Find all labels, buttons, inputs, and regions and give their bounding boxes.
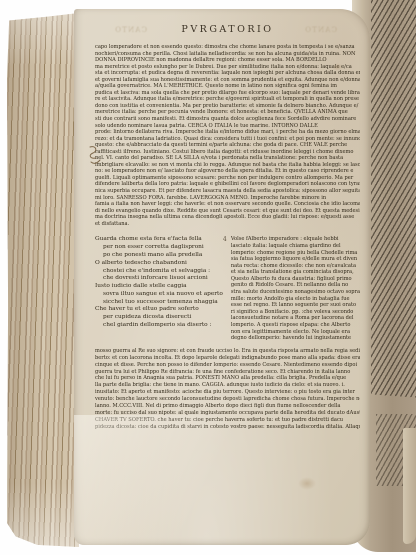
verse-line: O alberto tedescho chabandoni [95, 260, 224, 268]
text-line: questo: che e/abbracciato da questi term… [95, 142, 360, 149]
verse-and-commentary-columns: Guarda chome esta fera e'facta fellaper … [95, 236, 360, 342]
verse-column: Guarda chome esta fera e'facta fellaper … [95, 236, 224, 342]
bleedthrough-right: CANTO [304, 26, 337, 34]
text-line: sta et incorrupta: et pudica degna di re… [95, 70, 360, 77]
verse-line: Iusto iudicio dalle stelle caggia [95, 283, 224, 291]
verse-line: che dovresti inforcare lisuoi arcioni [95, 275, 224, 283]
text-line: mosso guerra al Re suo signore: et con f… [95, 348, 360, 355]
verse-line: po che ponesti mano alla predella [95, 252, 224, 260]
paragraph-number: 4 [223, 236, 227, 243]
text-line: che lui fu perso in Anagnia sua patria. … [95, 375, 360, 382]
page-edge-stack [7, 13, 79, 547]
text-line: berto: et con lacorona incolta. Et dopo … [95, 355, 360, 362]
text-line: nata recta: chome dicessilo: che non e/c… [231, 263, 360, 270]
text-line: inusitato: Et aperto et manifesto: acioc… [95, 389, 360, 396]
text-line: CHAVER TV SOFERTO. che haver tu: cioe pe… [95, 417, 360, 424]
text-line: genito di Ridolfo Cesare. Et nellanno de… [231, 282, 360, 289]
text-line: lla parte della briglia: che tiene in ma… [95, 382, 360, 389]
verse-line: sicchel tuo successor temenza nhaggia [95, 299, 224, 307]
text-line: lasciato italia: laquale chiama giardino… [231, 243, 360, 250]
verse-line: sovra iltuo sangue et sia nuovo et apert… [95, 291, 224, 299]
text-line: non era legittimamente electo. Ne loqual… [231, 329, 360, 336]
facing-page-text-block [371, 0, 416, 398]
page-content: PVRGATORIO capo lomperadore et non essen… [74, 9, 370, 431]
book-page: CANTO CANTO PVRGATORIO capo lomperadore … [74, 9, 370, 545]
text-line: stra salute ducentesimo nonagesimo octav… [231, 289, 360, 296]
text-line: lanno. M.CCC.VIII. Nel di primo dimaggio… [95, 403, 360, 410]
text-line: et sia nella translatione gia cominciata… [231, 269, 360, 276]
text-line: lomperio. A questi rispose elpapa: che A… [231, 322, 360, 329]
commentary-right-block: Volse fAlberto imperadore : elquale hebb… [231, 236, 360, 342]
verse-line: chostei che e'indomita et selvaggia : [95, 268, 224, 276]
text-line: guerra tra lui et Philippo Re difrancia:… [95, 369, 360, 376]
verse-line: Guarda chome esta fera e'facta fella [95, 236, 224, 244]
text-line: nica superbia occupare. Et per difendere… [95, 188, 360, 195]
text-line: esse nel regno. Et lanno seguente per su… [231, 302, 360, 309]
bleedthrough-left: CANTO [114, 26, 147, 34]
verse-line: Che haver tu et eltuo padre soferto [95, 306, 224, 314]
verse-line: per non esser corretta daglisproni [95, 244, 224, 252]
text-line: prode: lintorno dellaterra riva. Imperoc… [95, 129, 360, 136]
text-line: degno dellomperio: havendo lui ingiustam… [231, 335, 360, 342]
text-line: re et lascivita. Adunque italia e/meretr… [95, 96, 360, 103]
text-line: DONNA DIPROVINCIE non madonna dellaltre … [95, 57, 360, 64]
text-line: mille: morto Andolfo gia electo in batag… [231, 296, 360, 303]
page-fold-shadow [74, 415, 299, 545]
commentary-bottom-block: mosso guerra al Re suo signore: et con f… [95, 348, 360, 431]
text-line: Volse fAlberto imperadore : elquale hebb… [231, 236, 360, 243]
text-line: ma doctrina insegna nella ultima cena di… [95, 214, 360, 221]
text-line: Questo Alberto fu duca daustria: figliuo… [231, 276, 360, 283]
text-line: capo lomperadore et non essendo questo: … [95, 44, 360, 51]
text-line: no: se lomperadore non e/ lasciato fuor … [95, 168, 360, 175]
text-line: sti due contrarii sono manifesti. Et dim… [95, 116, 360, 123]
text-line: pidezza dicosta: cioe da cupidita di sta… [95, 424, 360, 431]
facing-page-fore-edge [403, 428, 416, 544]
text-line: cinque et disse. Perche non posso io dif… [95, 362, 360, 369]
photo-background: CANTO CANTO PVRGATORIO capo lomperadore … [0, 0, 416, 555]
verse-line: per cupideza dicosta diserecti [95, 314, 224, 322]
text-line: sia fatua leggiermo liquore e/delle mura… [231, 256, 360, 263]
verse-line: chel giardin dellomperio sia diserto : [95, 322, 224, 330]
text-line: morte: fu ucciso dal suo nipote: al qual… [95, 410, 360, 417]
commentary-top-block: capo lomperadore et non essendo questo: … [95, 44, 360, 227]
text-line: famia a italia non haver leggi: che have… [95, 201, 360, 208]
text-line: laconsuetudine notare a Roma per lacoron… [231, 315, 360, 322]
text-line: et disfattana. [95, 221, 360, 228]
text-line: a/quella governatrice. MA L'MERETRICE. Q… [95, 83, 360, 90]
commentary-right-column: 4 Volse fAlberto imperadore : elquale he… [231, 236, 360, 342]
text-line: ri significo a Bonifacio. pp. :che volev… [231, 309, 360, 316]
margin-flourish-icon [87, 145, 101, 167]
text-line: venuto: benche lauctore secondo laconsue… [95, 396, 360, 403]
fox-stain [298, 477, 316, 490]
text-line: nel. VI. canto del paradiso. SE LA SILLA… [95, 155, 360, 162]
text-line: lomperio: chome regione piu bella Chedel… [231, 250, 360, 257]
